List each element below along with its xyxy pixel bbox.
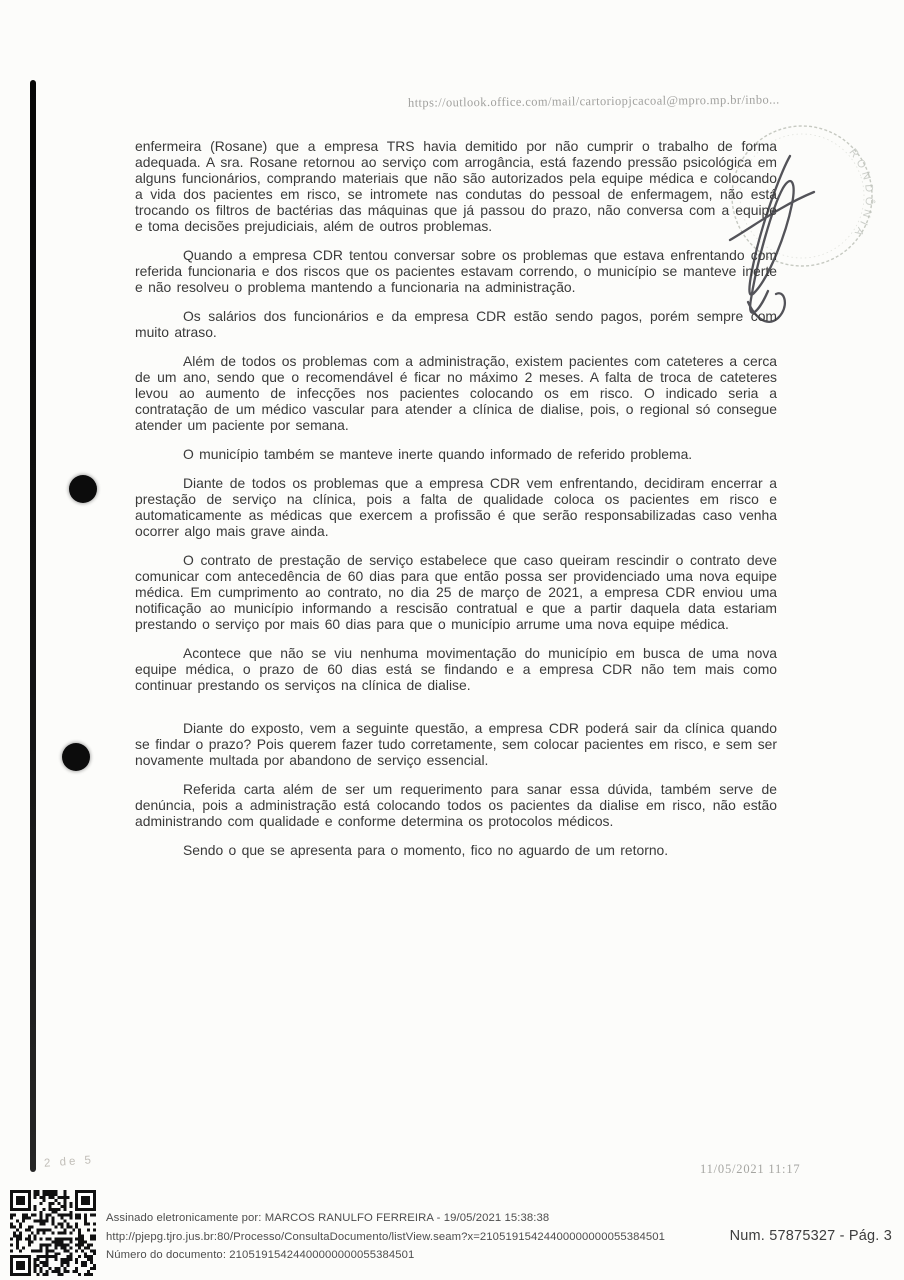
signed-by-line: Assinado eletronicamente por: MARCOS RAN… — [106, 1209, 666, 1228]
scanned-page: { "colors": { "page_background": "#fcfcf… — [0, 0, 904, 1280]
qr-code — [10, 1190, 96, 1276]
paragraph: Quando a empresa CDR tentou conversar so… — [135, 247, 777, 295]
verification-url-line: http://pjepg.tjro.jus.br:80/Processo/Con… — [106, 1228, 666, 1247]
stamp-arc-text: RONDÔNIA — [824, 145, 890, 244]
paragraph: enfermeira (Rosane) que a empresa TRS ha… — [135, 138, 777, 234]
paragraph: Sendo o que se apresenta para o momento,… — [135, 842, 777, 858]
paragraph: Acontece que não se viu nenhuma moviment… — [135, 645, 777, 693]
scan-binding-line — [30, 80, 36, 1172]
page-reference: Num. 57875327 - Pág. 3 — [730, 1228, 892, 1244]
hole-punch-top — [69, 475, 97, 503]
printed-email-url: https://outlook.office.com/mail/cartorio… — [408, 92, 808, 110]
paragraph: O município também se manteve inerte qua… — [135, 446, 777, 462]
sheet-counter-note: 2 de 5 — [44, 1154, 95, 1169]
paragraph: Referida carta além de ser um requerimen… — [135, 781, 777, 829]
document-body: enfermeira (Rosane) que a empresa TRS ha… — [135, 138, 777, 871]
paragraph: O contrato de prestação de serviço estab… — [135, 552, 777, 632]
hole-punch-bottom — [62, 743, 90, 771]
document-number-line: Número do documento: 2105191542440000000… — [106, 1246, 666, 1265]
paragraph: Além de todos os problemas com a adminis… — [135, 353, 777, 433]
paragraph: Os salários dos funcionários e da empres… — [135, 308, 777, 340]
svg-text:RONDÔNIA: RONDÔNIA — [824, 145, 890, 244]
paragraph: Diante de todos os problemas que a empre… — [135, 475, 777, 539]
paragraph: Diante do exposto, vem a seguinte questã… — [135, 720, 777, 768]
scan-datetime: 11/05/2021 11:17 — [700, 1162, 800, 1177]
electronic-signature-block: Assinado eletronicamente por: MARCOS RAN… — [106, 1209, 666, 1265]
